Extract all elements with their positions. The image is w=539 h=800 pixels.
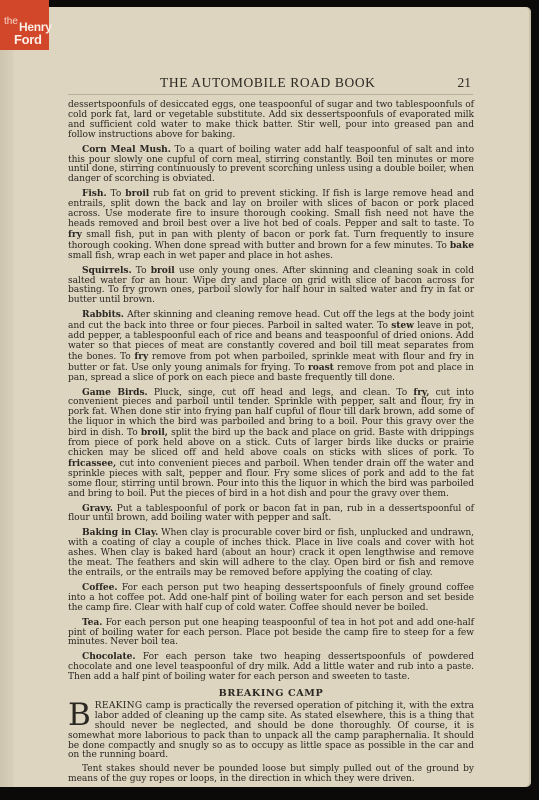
run-in-heading: Game Birds. [82,387,148,398]
paragraph-text: For each person put two heaping desserts… [68,583,474,613]
run-in-heading: Chocolate. [82,651,136,662]
cooking-method-keyword: bake [450,240,474,251]
run-in-heading: Fish. [82,188,107,199]
paragraph-text: camp is practically the reversed operati… [68,701,474,761]
cooking-method-keyword: fry [68,229,82,240]
paragraph-text: Put a tablespoonful of pork or bacon fat… [68,504,474,524]
paragraph-continuation: dessertspoonfuls of desiccated eggs, one… [68,101,474,141]
paragraph-text: Pluck, singe, cut off head and legs, and… [148,388,414,398]
run-in-heading: Coffee. [82,582,118,593]
cooking-method-keyword: broil [151,265,175,276]
paragraph-text: cut into convenient pieces and parboil. … [68,459,474,499]
paragraph-text: small fish, put in pan with plenty of ba… [68,230,474,251]
paragraph-baking-in-clay: Baking in Clay. When clay is procurable … [68,528,474,579]
recipe-paragraphs: dessertspoonfuls of desiccated eggs, one… [68,101,474,683]
paragraph-text: small fish, wrap each in wet paper and p… [68,251,333,261]
paragraph-squirrels: Squirrels. To broil use only young ones.… [68,266,474,307]
paragraph-chocolate: Chocolate. For each person take two heap… [68,652,474,683]
cooking-method-keyword: fry [134,351,148,362]
paragraph-tea: Tea. For each person put one heaping tea… [68,618,474,649]
section-heading: BREAKING CAMP [68,689,474,699]
cooking-method-keyword: fry, [413,387,429,398]
run-in-heading: Squirrels. [82,265,132,276]
page-body: dessertspoonfuls of desiccated eggs, one… [68,101,474,785]
cooking-method-keyword: broil [125,188,149,199]
running-header: THE AUTOMOBILE ROAD BOOK 21 [68,73,473,95]
breaking-camp-paragraph-2: Tent stakes should never be pounded loos… [68,765,474,785]
drop-cap-word-rest: REAKING [95,701,143,711]
cooking-method-keyword: roast [308,362,334,373]
cooking-method-keyword: stew [391,320,414,331]
cooking-method-keyword: fricassee, [68,458,116,469]
paragraph-text: dessertspoonfuls of desiccated eggs, one… [68,100,474,140]
paragraph-game-birds: Game Birds. Pluck, singe, cut off head a… [68,388,474,500]
cooking-method-keyword: broil, [141,427,168,438]
breaking-camp-paragraph-1: BREAKING camp is practically the reverse… [68,702,474,761]
paragraph-rabbits: Rabbits. After skinning and cleaning rem… [68,310,474,383]
run-in-heading: Gravy. [82,503,113,514]
henry-ford-logo: the Henry Ford [0,0,49,50]
running-title: THE AUTOMOBILE ROAD BOOK [160,75,376,91]
logo-text-ford: Ford [14,33,42,46]
paragraph-gravy: Gravy. Put a tablespoonful of pork or ba… [68,504,474,525]
paragraph-fish: Fish. To broil rub fat on grid to preven… [68,189,474,261]
book-page: THE AUTOMOBILE ROAD BOOK 21 dessertspoon… [0,7,531,787]
run-in-heading: Corn Meal Mush. [82,144,171,155]
paragraph-text: To [132,266,151,276]
drop-cap-letter: B [68,703,91,728]
run-in-heading: Tea. [82,617,102,628]
paragraph-text: For each person put one heaping teaspoon… [68,618,474,648]
page-gutter-shadow [0,7,14,787]
run-in-heading: Rabbits. [82,309,124,320]
scan-viewer: THE AUTOMOBILE ROAD BOOK 21 dessertspoon… [0,0,539,800]
page-number: 21 [458,75,472,91]
paragraph-corn-meal-mush: Corn Meal Mush. To a quart of boiling wa… [68,145,474,186]
run-in-heading: Baking in Clay. [82,527,158,538]
paragraph-text: To [107,189,126,199]
paragraph-coffee: Coffee. For each person put two heaping … [68,583,474,614]
logo-text-the: the [4,17,18,27]
